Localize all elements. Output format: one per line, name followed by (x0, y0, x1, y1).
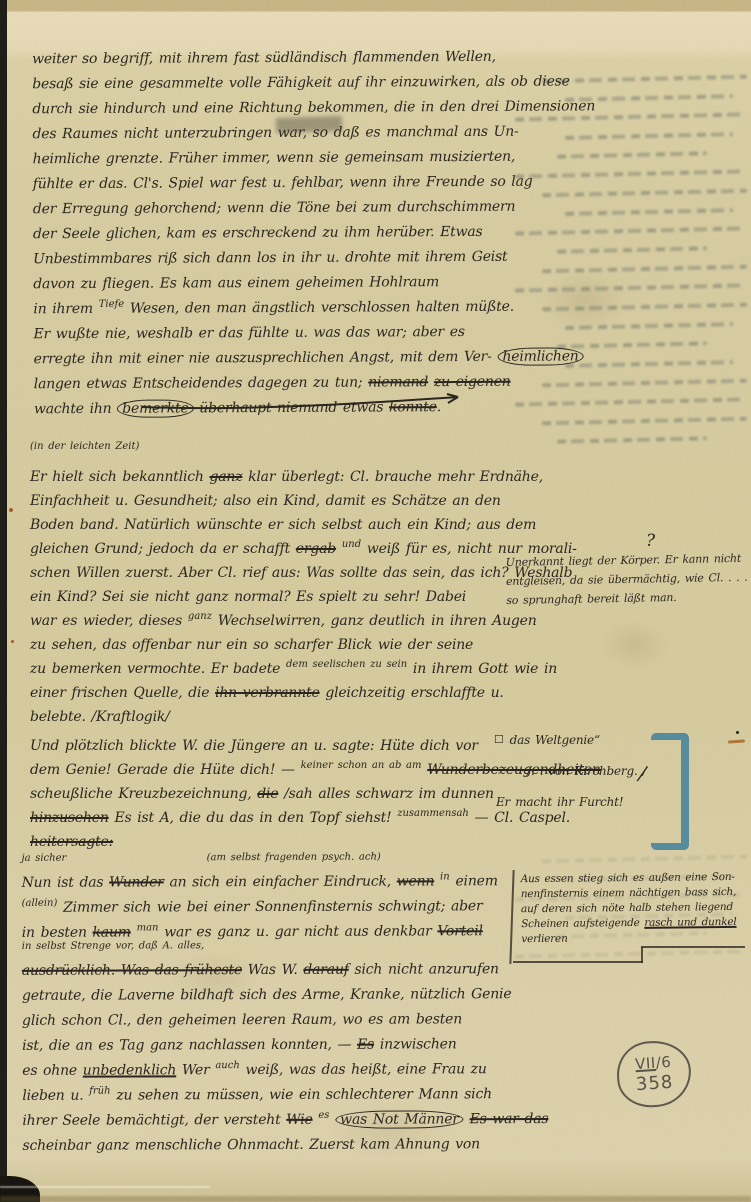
handwriting-line: Einfachheit u. Gesundheit; also ein Kind… (30, 489, 512, 513)
margin-note-2-text1: das Weltgenie“ (510, 733, 600, 747)
handwriting-line: ausdrücklich. Was das früheste Was W. da… (22, 957, 514, 984)
handwriting-line: so sprunghaft bereit läßt man. (506, 587, 731, 610)
handwriting-line: (allein) Zimmer sich wie bei einer Sonne… (22, 894, 514, 921)
handwriting-line: belebte. /Kraftlogik/ (30, 705, 512, 729)
handwriting-line: zu sehen, das offenbar nur ein so scharf… (30, 633, 512, 657)
margin-note-2-line3: Er macht ihr Furcht! (496, 795, 623, 809)
handwriting-line: dem Genie! Gerade die Hüte dich! — keine… (30, 758, 512, 782)
paper-speck (9, 508, 13, 512)
handwriting-line: (in der leichten Zeit) (30, 441, 512, 465)
margin-note-3-box-line (641, 946, 745, 948)
handwriting-line: erregte ihn mit einer nie auszusprechlic… (34, 345, 514, 373)
handwriting-line: hinzusehen Es ist A, die du das in den T… (30, 806, 512, 830)
handwriting-line: lieben u. früh zu sehen zu müssen, wie e… (22, 1082, 514, 1109)
handwriting-line: besaß sie eine gesammelte volle Fähigkei… (32, 70, 512, 98)
paper-crease (0, 1186, 210, 1188)
handwriting-line: durch sie hindurch und eine Richtung bek… (32, 95, 512, 123)
margin-note-2-line1: ☐das Weltgenie“ (494, 733, 600, 747)
handwriting-line: ihrer Seele bemächtigt, der versteht Wie… (22, 1107, 514, 1134)
handwriting-line: scheußliche Kreuzbezeichnung, die /sah a… (30, 782, 512, 806)
handwriting-line: gleichen Grund; jedoch da er schafft erg… (30, 537, 512, 561)
manuscript-paragraph-4: ja sicher (am selbst fragenden psych. ac… (21, 856, 514, 1159)
handwriting-line: Boden band. Natürlich wünschte er sich s… (30, 513, 512, 537)
handwriting-line: heimliche grenzte. Früher immer, wenn si… (33, 145, 513, 173)
manuscript-paragraph-3: Und plötzlich blickte W. die Jüngere an … (30, 734, 512, 854)
margin-note-3: Aus essen stieg sich es außen eine Son-n… (521, 870, 746, 947)
handwriting-line: 358 (635, 1071, 674, 1096)
margin-note-3-box-line (513, 961, 643, 963)
insertion-arrow (140, 392, 472, 412)
handwriting-line: in ihrem Tiefe Wesen, den man ängstlich … (33, 295, 513, 323)
handwriting-line: davon zu fliegen. Es kam aus einem gehei… (33, 270, 513, 298)
manuscript-paragraph-2: (in der leichten Zeit)Er hielt sich beka… (30, 441, 512, 729)
handwriting-line: der Seele glichen, kam es erschreckend z… (33, 220, 513, 248)
ink-dot (736, 731, 739, 734)
handwriting-line: fühlte er das. Cl's. Spiel war fest u. f… (33, 170, 513, 198)
handwriting-line: verlieren (521, 930, 745, 947)
handwriting-line: Und plötzlich blickte W. die Jüngere an … (30, 734, 512, 758)
verso-bleedthrough-upper (505, 62, 747, 457)
blue-crayon-bracket (651, 733, 689, 850)
scan-edge-left (0, 0, 7, 1202)
handwriting-line: scheinbar ganz menschliche Ohnmacht. Zue… (22, 1132, 514, 1159)
handwriting-line: es ohne unbedenklich Wer auch weiß, was … (22, 1057, 514, 1084)
handwriting-line: des Raumes nicht unterzubringen war, so … (32, 120, 512, 148)
handwriting-line: Nun ist das Wunder an sich ein einfacher… (22, 869, 514, 896)
manuscript-scan-page: weiter so begriff, mit ihrem fast südlän… (0, 0, 751, 1202)
orange-crayon-mark (728, 739, 745, 743)
paper-bottom-edge (0, 1196, 751, 1202)
margin-note-3-box-line (641, 947, 643, 963)
handwriting-line: schen Willen zuerst. Aber Cl. rief aus: … (30, 561, 512, 585)
handwriting-line: zu bemerken vermochte. Er badete dem see… (30, 657, 512, 681)
handwriting-line: heitersagte: (30, 830, 512, 854)
handwriting-line: ein Kind? Sei sie nicht ganz normal? Es … (30, 585, 512, 609)
handwriting-line: einer frischen Quelle, die ihn verbrannt… (30, 681, 512, 705)
handwriting-line: VII/6 (635, 1052, 672, 1073)
handwriting-line: glich schon Cl., den geheimen leeren Rau… (22, 1007, 514, 1034)
handwriting-line: Er hielt sich bekanntlich ganz klar über… (30, 465, 512, 489)
handwriting-line: Unbestimmbares riß sich dann los in ihr … (33, 245, 513, 273)
handwriting-line: Scheinen aufsteigende rasch und dunkel (521, 915, 745, 932)
handwriting-line: getraute, die Laverne bildhaft sich des … (22, 982, 514, 1009)
handwriting-line: entgleisen, da sie übermächtig, wie Cl. … (506, 568, 731, 591)
margin-note-2-line2: /. . von Kirchberg. / (527, 764, 647, 778)
question-mark-annotation: ? (646, 531, 655, 551)
paper-speck (11, 640, 14, 643)
handwriting-line: der Erregung gehorchend; wenn die Töne b… (33, 195, 513, 223)
handwriting-line: Er wußte nie, weshalb er das fühlte u. w… (33, 320, 513, 348)
box-mark-icon: ☐ (494, 733, 504, 746)
paper-stain (600, 620, 670, 670)
handwriting-line: weiter so begriff, mit ihrem fast südlän… (32, 45, 512, 73)
handwriting-line: ist, die an es Tag ganz nachlassen konnt… (22, 1032, 514, 1059)
manuscript-paragraph-1: weiter so begriff, mit ihrem fast südlän… (32, 45, 514, 423)
archive-folio-stamp: VII/6358 (615, 1038, 693, 1109)
handwriting-line: war es wieder, dieses ganz Wechselwirren… (30, 609, 512, 633)
margin-note-1: Unerkannt liegt der Körper. Er kann nich… (506, 549, 732, 610)
